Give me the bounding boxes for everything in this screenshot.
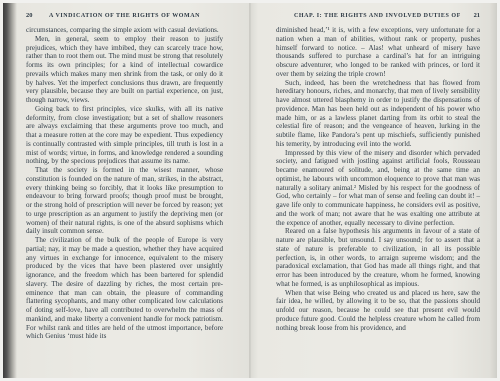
paragraph: circumstances, comparing the simple axio… — [26, 26, 223, 35]
running-header-right: CHAP. I: THE RIGHTS AND INVOLVED DUTIES … — [276, 12, 480, 19]
paragraph: Impressed by this view of the misery and… — [276, 149, 480, 228]
book-scan: 20 A VINDICATION OF THE RIGHTS OF WOMAN … — [0, 0, 500, 381]
book-spread: 20 A VINDICATION OF THE RIGHTS OF WOMAN … — [3, 3, 497, 378]
paragraph: That the society is formed in the wisest… — [26, 166, 223, 236]
page-number: 21 — [462, 12, 480, 19]
paragraph: Going back to first principles, vice sku… — [26, 105, 223, 166]
page-body-left: circumstances, comparing the simple axio… — [26, 26, 223, 341]
page-right: CHAP. I: THE RIGHTS AND INVOLVED DUTIES … — [251, 3, 497, 378]
paragraph: Such, indeed, has been the wretchedness … — [276, 79, 480, 149]
paragraph: diminished head,’¹ it is, with a few exc… — [276, 26, 480, 79]
paragraph: When that wise Being who created us and … — [276, 289, 480, 333]
paragraph: Men, in general, seem to employ their re… — [26, 35, 223, 105]
running-head-title: CHAP. I: THE RIGHTS AND INVOLVED DUTIES … — [294, 13, 462, 19]
running-head-title: A VINDICATION OF THE RIGHTS OF WOMAN — [44, 13, 205, 19]
running-header-left: 20 A VINDICATION OF THE RIGHTS OF WOMAN — [26, 12, 223, 19]
page-number: 20 — [26, 12, 44, 19]
paragraph: Reared on a false hypothesis his argumen… — [276, 227, 480, 288]
page-left: 20 A VINDICATION OF THE RIGHTS OF WOMAN … — [3, 3, 249, 378]
paragraph: The civilization of the bulk of the peop… — [26, 236, 223, 341]
page-body-right: diminished head,’¹ it is, with a few exc… — [276, 26, 480, 332]
